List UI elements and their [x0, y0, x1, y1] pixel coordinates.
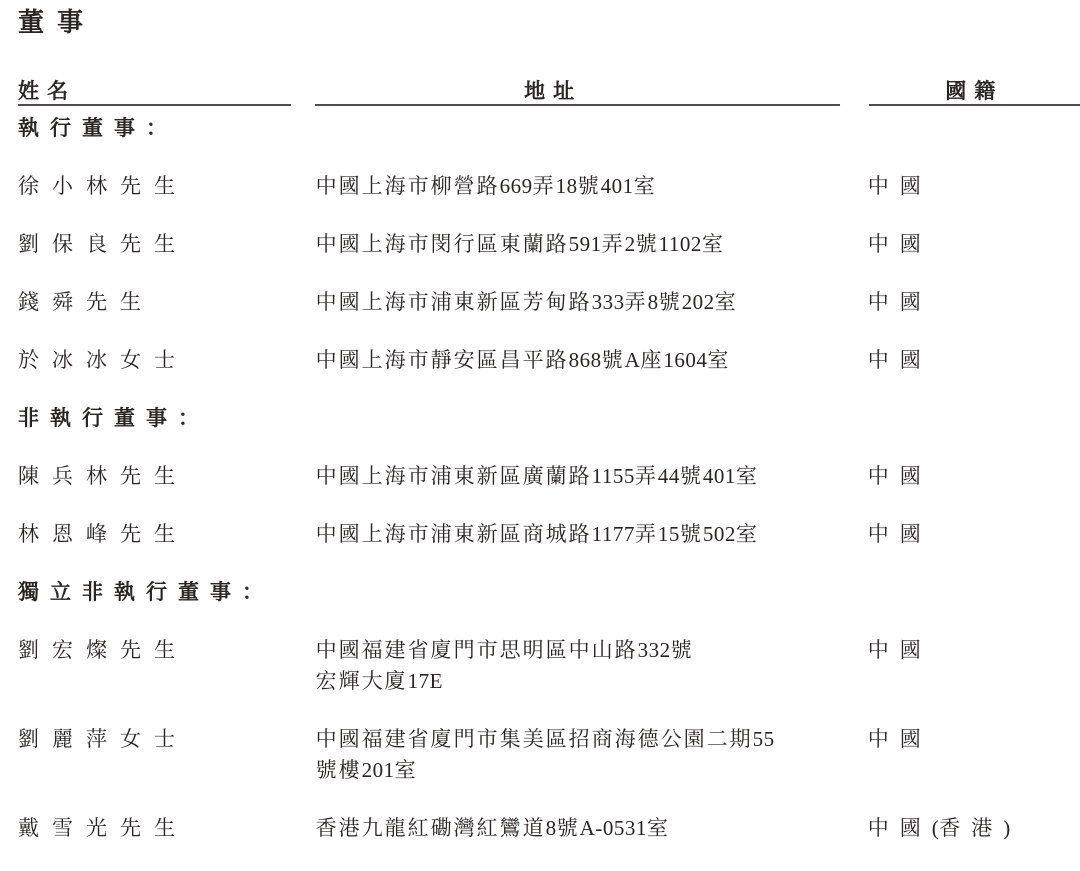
director-nationality: 中國 [868, 229, 1080, 260]
director-name: 劉保良先生 [18, 229, 292, 260]
section-executive-directors: 執行董事： 徐小林先生 中國上海市柳營路669弄18號401室 中國 劉保良先生… [18, 113, 1080, 376]
table-row: 戴雪光先生 香港九龍紅磡灣紅鸞道8號A-0531室 中國(香港) [18, 813, 1080, 844]
address-line-1: 中國上海市閔行區東蘭路591弄2號1102室 [316, 229, 839, 260]
column-header-address: 地址 [315, 78, 840, 106]
address-line-1: 中國上海市浦東新區商城路1177弄15號502室 [316, 519, 839, 550]
table-row: 林恩峰先生 中國上海市浦東新區商城路1177弄15號502室 中國 [18, 519, 1080, 550]
section-label: 執行董事： [18, 113, 1080, 144]
director-name: 於冰冰女士 [18, 345, 292, 376]
director-name: 錢舜先生 [18, 287, 292, 318]
address-line-1: 中國上海市靜安區昌平路868號A座1604室 [316, 345, 839, 376]
section-label: 獨立非執行董事： [18, 577, 1080, 608]
address-line-1: 中國福建省廈門市思明區中山路332號 [316, 635, 839, 666]
column-header-name: 姓名 [18, 78, 291, 106]
table-header-row: 姓名 地址 國籍 [18, 78, 1080, 106]
address-line-1: 香港九龍紅磡灣紅鸞道8號A-0531室 [316, 813, 839, 844]
director-nationality: 中國 [868, 724, 1080, 786]
director-address: 中國上海市閔行區東蘭路591弄2號1102室 [316, 229, 839, 260]
address-line-1: 中國上海市浦東新區廣蘭路1155弄44號401室 [316, 461, 839, 492]
director-name: 徐小林先生 [18, 171, 292, 202]
director-address: 中國上海市浦東新區廣蘭路1155弄44號401室 [316, 461, 839, 492]
director-nationality: 中國 [868, 461, 1080, 492]
table-row: 徐小林先生 中國上海市柳營路669弄18號401室 中國 [18, 171, 1080, 202]
director-address: 中國上海市浦東新區商城路1177弄15號502室 [316, 519, 839, 550]
page-title: 董事 [18, 6, 1080, 40]
section-label: 非執行董事： [18, 403, 1080, 434]
table-row: 於冰冰女士 中國上海市靜安區昌平路868號A座1604室 中國 [18, 345, 1080, 376]
director-nationality: 中國(香港) [868, 813, 1080, 844]
director-nationality: 中國 [868, 287, 1080, 318]
director-address: 中國上海市靜安區昌平路868號A座1604室 [316, 345, 839, 376]
column-header-nationality: 國籍 [869, 78, 1080, 106]
director-name: 陳兵林先生 [18, 461, 292, 492]
table-row: 劉麗萍女士 中國福建省廈門市集美區招商海德公園二期55 號樓201室 中國 [18, 724, 1080, 786]
address-line-2: 宏輝大廈17E [316, 666, 839, 697]
address-line-1: 中國福建省廈門市集美區招商海德公園二期55 [316, 724, 839, 755]
director-address: 中國福建省廈門市集美區招商海德公園二期55 號樓201室 [316, 724, 839, 786]
director-nationality: 中國 [868, 635, 1080, 697]
director-address: 香港九龍紅磡灣紅鸞道8號A-0531室 [316, 813, 839, 844]
address-line-1: 中國上海市浦東新區芳甸路333弄8號202室 [316, 287, 839, 318]
director-address: 中國上海市浦東新區芳甸路333弄8號202室 [316, 287, 839, 318]
director-name: 林恩峰先生 [18, 519, 292, 550]
director-name: 劉麗萍女士 [18, 724, 292, 786]
director-address: 中國福建省廈門市思明區中山路332號 宏輝大廈17E [316, 635, 839, 697]
director-nationality: 中國 [868, 345, 1080, 376]
director-name: 戴雪光先生 [18, 813, 292, 844]
prospectus-directors-page: 董事 姓名 地址 國籍 執行董事： 徐小林先生 中國上海市柳營路669弄18號4… [0, 0, 1080, 844]
section-non-executive-directors: 非執行董事： 陳兵林先生 中國上海市浦東新區廣蘭路1155弄44號401室 中國… [18, 403, 1080, 550]
address-line-1: 中國上海市柳營路669弄18號401室 [316, 171, 839, 202]
director-nationality: 中國 [868, 519, 1080, 550]
director-address: 中國上海市柳營路669弄18號401室 [316, 171, 839, 202]
address-line-2: 號樓201室 [316, 755, 839, 786]
director-name: 劉宏燦先生 [18, 635, 292, 697]
section-independent-non-executive-directors: 獨立非執行董事： 劉宏燦先生 中國福建省廈門市思明區中山路332號 宏輝大廈17… [18, 577, 1080, 844]
table-row: 陳兵林先生 中國上海市浦東新區廣蘭路1155弄44號401室 中國 [18, 461, 1080, 492]
table-row: 劉宏燦先生 中國福建省廈門市思明區中山路332號 宏輝大廈17E 中國 [18, 635, 1080, 697]
table-row: 錢舜先生 中國上海市浦東新區芳甸路333弄8號202室 中國 [18, 287, 1080, 318]
director-nationality: 中國 [868, 171, 1080, 202]
table-row: 劉保良先生 中國上海市閔行區東蘭路591弄2號1102室 中國 [18, 229, 1080, 260]
